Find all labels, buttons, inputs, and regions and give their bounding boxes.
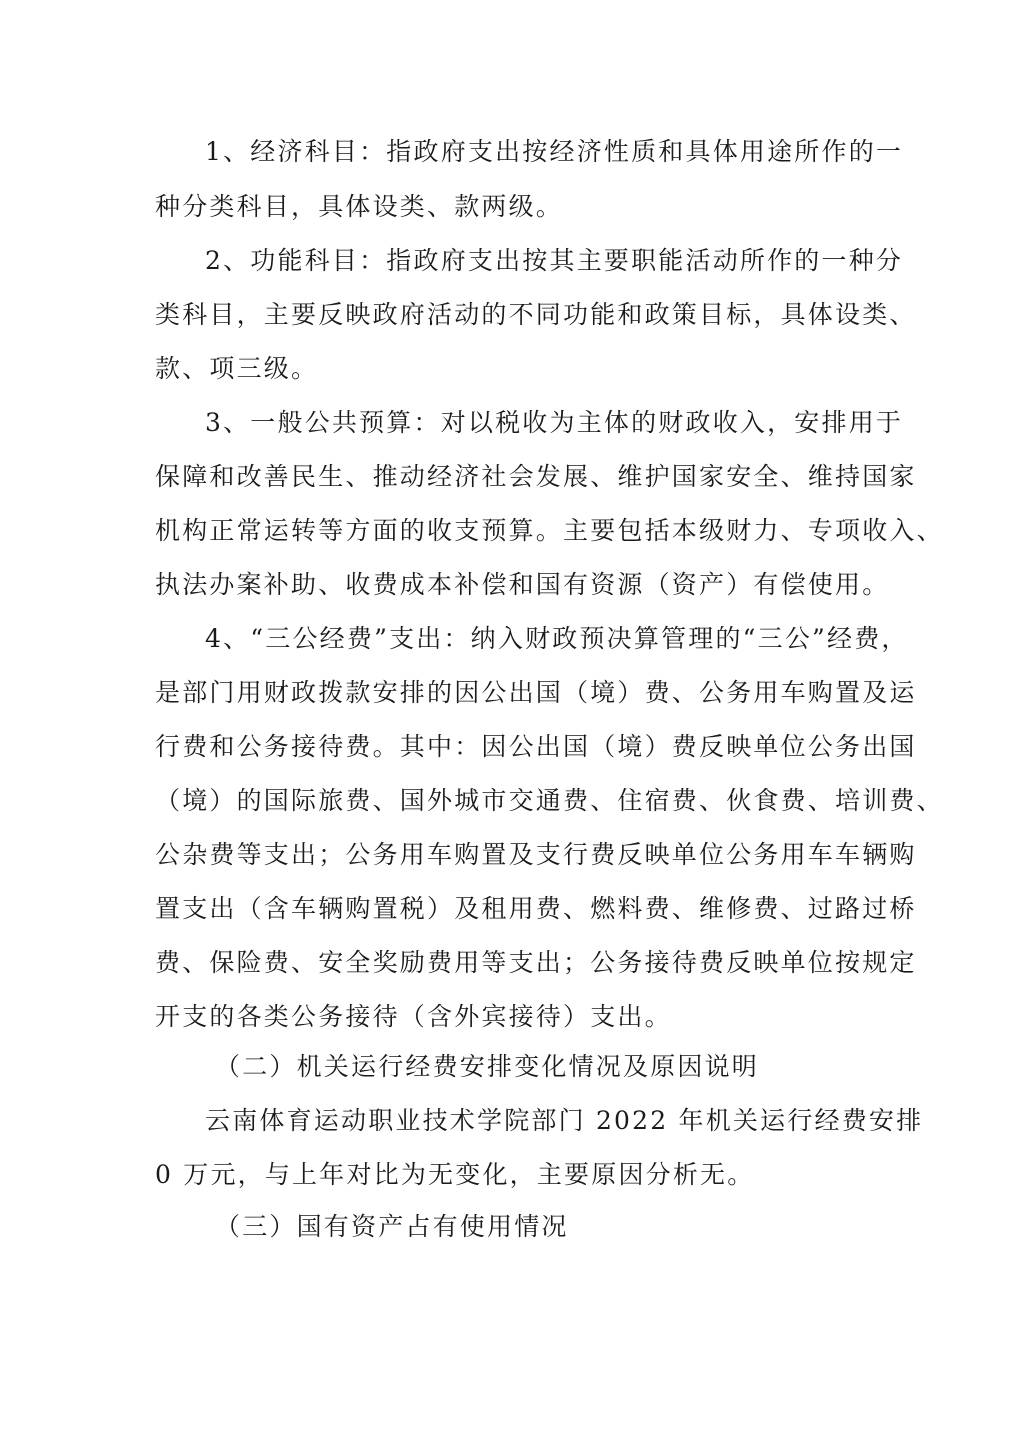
paragraph-three-public-line-1: 4、“三公经费”支出：纳入财政预决算管理的“三公”经费，: [205, 624, 870, 654]
paragraph-three-public-line-7: 费、保险费、安全奖励费用等支出；公务接待费反映单位按规定: [155, 948, 870, 978]
paragraph-economic-subject-line-2: 种分类科目，具体设类、款两级。: [155, 192, 870, 222]
paragraph-functional-subject-line-3: 款、项三级。: [155, 354, 870, 384]
paragraph-general-budget-line-3: 机构正常运转等方面的收支预算。主要包括本级财力、专项收入、: [155, 516, 870, 546]
paragraph-general-budget-line-2: 保障和改善民生、推动经济社会发展、维护国家安全、维持国家: [155, 462, 870, 492]
paragraph-operating-expenses-line-1: 云南体育运动职业技术学院部门 2022 年机关运行经费安排: [205, 1106, 870, 1136]
paragraph-three-public-line-4: （境）的国际旅费、国外城市交通费、住宿费、伙食费、培训费、: [155, 786, 870, 816]
paragraph-three-public-line-2: 是部门用财政拨款安排的因公出国（境）费、公务用车购置及运: [155, 678, 870, 708]
paragraph-general-budget-line-4: 执法办案补助、收费成本补偿和国有资源（资产）有偿使用。: [155, 570, 870, 600]
paragraph-general-budget-line-1: 3、一般公共预算：对以税收为主体的财政收入，安排用于: [205, 408, 870, 438]
document-page: 1、经济科目：指政府支出按经济性质和具体用途所作的一 种分类科目，具体设类、款两…: [0, 0, 1024, 1448]
paragraph-three-public-line-8: 开支的各类公务接待（含外宾接待）支出。: [155, 1002, 870, 1032]
paragraph-functional-subject-line-1: 2、功能科目：指政府支出按其主要职能活动所作的一种分: [205, 246, 870, 276]
paragraph-three-public-line-6: 置支出（含车辆购置税）及租用费、燃料费、维修费、过路过桥: [155, 894, 870, 924]
section-heading-operating-expenses: （二）机关运行经费安排变化情况及原因说明: [215, 1052, 930, 1082]
paragraph-operating-expenses-line-2: 0 万元，与上年对比为无变化，主要原因分析无。: [155, 1160, 870, 1190]
section-heading-state-assets: （三）国有资产占有使用情况: [215, 1212, 930, 1242]
paragraph-economic-subject-line-1: 1、经济科目：指政府支出按经济性质和具体用途所作的一: [205, 137, 870, 167]
paragraph-functional-subject-line-2: 类科目，主要反映政府活动的不同功能和政策目标，具体设类、: [155, 300, 870, 330]
paragraph-three-public-line-5: 公杂费等支出；公务用车购置及支行费反映单位公务用车车辆购: [155, 840, 870, 870]
paragraph-three-public-line-3: 行费和公务接待费。其中：因公出国（境）费反映单位公务出国: [155, 732, 870, 762]
